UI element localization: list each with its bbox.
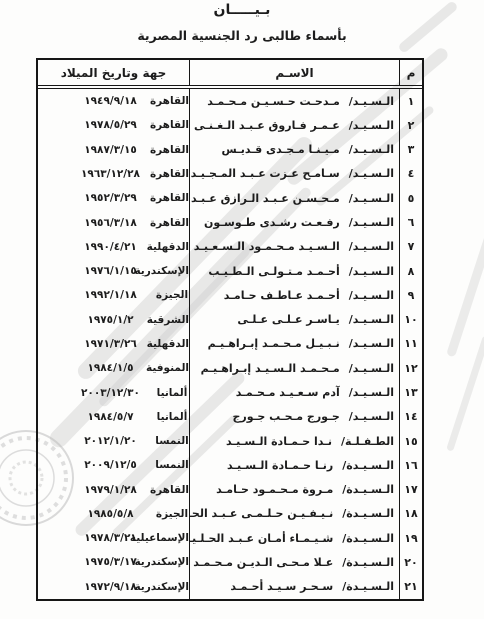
row-name-cell: الـسـيـدة/ سـحـر سـيـد أحـمـد bbox=[189, 575, 400, 599]
row-birth-cell: القاهرة ١٩٨٧/٣/١٥ bbox=[38, 138, 189, 162]
row-birth-cell: النمسا ٢٠٠٩/١٢/٥ bbox=[38, 453, 189, 477]
row-name-cell: الـسـيـد/ سـامـح عـزت عـبـد المـجـيـد bbox=[189, 162, 400, 186]
row-name-cell: الـسـيـد/ آدم سـعـيـد مـحـمـد bbox=[189, 380, 400, 404]
birth-place: ألمانيا bbox=[155, 387, 189, 399]
row-birth-cell: ألمانيا ٢٠٠٣/١٢/٣٠ bbox=[38, 380, 189, 404]
birth-place: ألمانيا bbox=[155, 411, 189, 423]
row-serial-number: ١٩ bbox=[400, 526, 422, 550]
person-name: مـحـسـن عـبـد الـرازق عـبـد الـلـه bbox=[189, 192, 340, 205]
honorific-label: الـسـيـد/ bbox=[349, 337, 394, 350]
calligraphy-watermark-stroke bbox=[446, 222, 484, 358]
honorific-label: الـسـيـد/ bbox=[349, 362, 394, 375]
birth-place: النمسا bbox=[155, 435, 189, 447]
person-name: مـيـنـا مـجـدى قـديـس bbox=[221, 143, 339, 156]
birth-place: القاهرة bbox=[155, 217, 189, 229]
row-serial-number: ٧ bbox=[400, 235, 422, 259]
person-name: عـلا مـحـى الـديـن مـحـمـد bbox=[193, 556, 333, 569]
row-serial-number: ١٥ bbox=[400, 429, 422, 453]
row-name-cell: الـسـيـد/ رفـعـت رشـدى طـوسـون bbox=[189, 210, 400, 234]
birth-date: ١٩٧٨/٥/٢٩ bbox=[42, 119, 155, 131]
birth-place: القاهرة bbox=[155, 484, 189, 496]
table-row: ٢١ الـسـيـدة/ سـحـر سـيـد أحـمـد الإسكند… bbox=[38, 575, 422, 599]
birth-place: القاهرة bbox=[155, 95, 189, 107]
column-header-serial: م bbox=[400, 60, 422, 85]
row-serial-number: ٩ bbox=[400, 283, 422, 307]
birth-place: المنوفية bbox=[155, 362, 189, 374]
row-serial-number: ٦ bbox=[400, 210, 422, 234]
row-name-cell: الـسـيـد/ أحـمـد عـاطـف حـامـد bbox=[189, 283, 400, 307]
table-body: ١ الـسـيـد/ مـدحـت حـسـيـن مـحـمـد القاه… bbox=[38, 89, 422, 599]
person-name: مـروة مـحـمـود حـامـد bbox=[216, 483, 333, 496]
table-row: ١ الـسـيـد/ مـدحـت حـسـيـن مـحـمـد القاه… bbox=[38, 89, 422, 113]
row-name-cell: الطـفـلـة/ نـدا حـمـادة الـسـيـد bbox=[189, 429, 400, 453]
person-name: أحـمـد مـتـولـى الـطـيـب bbox=[208, 265, 339, 278]
person-name: الـسـيـد مـحـمـود الـسـعـيـد bbox=[194, 240, 340, 253]
honorific-label: الـسـيـد/ bbox=[349, 119, 394, 132]
row-serial-number: ٥ bbox=[400, 186, 422, 210]
column-header-birth: جهة وتاريخ الميلاد bbox=[38, 60, 189, 85]
birth-date: ١٩٨٤/١/٥ bbox=[42, 362, 155, 374]
row-name-cell: الـسـيـد/ يـاسـر عـلـى عـلـى bbox=[189, 308, 400, 332]
table-row: ٤ الـسـيـد/ سـامـح عـزت عـبـد المـجـيـد … bbox=[38, 162, 422, 186]
row-serial-number: ١٣ bbox=[400, 380, 422, 404]
row-name-cell: الـسـيـد/ مـحـمـد الـسـيـد إبـراهـيـم bbox=[189, 356, 400, 380]
table-row: ٣ الـسـيـد/ مـيـنـا مـجـدى قـديـس القاهر… bbox=[38, 138, 422, 162]
person-name: سـحـر سـيـد أحـمـد bbox=[230, 580, 333, 593]
table-row: ١٦ الـسـيـدة/ رنـا حـمـادة الـسـيـد النم… bbox=[38, 453, 422, 477]
honorific-label: الـسـيـد/ bbox=[349, 240, 394, 253]
birth-place: الإسكندرية bbox=[155, 581, 189, 593]
row-birth-cell: القاهرة ١٩٤٩/٩/١٨ bbox=[38, 89, 189, 113]
row-birth-cell: القاهرة ١٩٧٨/٥/٢٩ bbox=[38, 113, 189, 137]
person-name: أحـمـد عـاطـف حـامـد bbox=[224, 289, 340, 302]
person-name: جـورج مـحـب جـورج bbox=[233, 410, 340, 423]
row-name-cell: الـسـيـد/ أحـمـد مـتـولـى الـطـيـب bbox=[189, 259, 400, 283]
honorific-label: الـسـيـد/ bbox=[349, 95, 394, 108]
table-row: ٧ الـسـيـد/ الـسـيـد مـحـمـود الـسـعـيـد… bbox=[38, 235, 422, 259]
applicants-table: م الاسـم جهة وتاريخ الميلاد ١ الـسـيـد/ … bbox=[36, 58, 424, 601]
honorific-label: الطـفـلـة/ bbox=[341, 435, 394, 448]
row-name-cell: الـسـيـدة/ عـلا مـحـى الـديـن مـحـمـد bbox=[189, 550, 400, 574]
birth-date: ١٩٧٩/١/٢٨ bbox=[42, 484, 155, 496]
birth-place: الجيزة bbox=[155, 508, 189, 520]
honorific-label: الـسـيـد/ bbox=[349, 410, 394, 423]
birth-date: ١٩٧٥/١/٢ bbox=[42, 314, 155, 326]
person-name: مـحـمـد الـسـيـد إبـراهـيـم bbox=[201, 362, 340, 375]
row-serial-number: ١٠ bbox=[400, 308, 422, 332]
table-header-row: م الاسـم جهة وتاريخ الميلاد bbox=[38, 60, 422, 89]
honorific-label: الـسـيـد/ bbox=[349, 386, 394, 399]
row-birth-cell: الإسكندرية ١٩٧٥/٣/١٧ bbox=[38, 550, 189, 574]
row-birth-cell: الإسكندرية ١٩٧٢/٩/١٨ bbox=[38, 575, 189, 599]
row-name-cell: الـسـيـد/ جـورج مـحـب جـورج bbox=[189, 405, 400, 429]
honorific-label: الـسـيـد/ bbox=[349, 143, 394, 156]
birth-place: القاهرة bbox=[155, 119, 189, 131]
birth-date: ٢٠٠٩/١٢/٥ bbox=[42, 459, 155, 471]
birth-date: ١٩٩٠/٤/٢١ bbox=[42, 241, 155, 253]
row-name-cell: الـسـيـدة/ مـروة مـحـمـود حـامـد bbox=[189, 478, 400, 502]
document-page: بـيـــــان بأسماء طالبى رد الجنسية المصر… bbox=[0, 0, 484, 619]
birth-date: ١٩٥٢/٣/٢٩ bbox=[42, 192, 155, 204]
row-serial-number: ١٢ bbox=[400, 356, 422, 380]
birth-date: ١٩٨٤/٥/٧ bbox=[42, 411, 155, 423]
row-birth-cell: الدقهلية ١٩٧١/٣/٢٦ bbox=[38, 332, 189, 356]
row-name-cell: الـسـيـد/ الـسـيـد مـحـمـود الـسـعـيـد bbox=[189, 235, 400, 259]
page-subtitle: بأسماء طالبى رد الجنسية المصرية bbox=[0, 28, 484, 43]
calligraphy-watermark-stroke bbox=[446, 335, 484, 451]
row-serial-number: ٨ bbox=[400, 259, 422, 283]
table-row: ١٠ الـسـيـد/ يـاسـر عـلـى عـلـى الشرقية … bbox=[38, 308, 422, 332]
birth-place: الدقهلية bbox=[155, 338, 189, 350]
person-name: شـيـمـاء أمـان عـبـد الحـلـيـم bbox=[189, 532, 333, 545]
row-birth-cell: الجيزة ١٩٨٥/٥/٨ bbox=[38, 502, 189, 526]
table-row: ١٤ الـسـيـد/ جـورج مـحـب جـورج ألمانيا ١… bbox=[38, 405, 422, 429]
row-birth-cell: الإسكندرية ١٩٧٦/١/١٥ bbox=[38, 259, 189, 283]
table-row: ١٣ الـسـيـد/ آدم سـعـيـد مـحـمـد ألمانيا… bbox=[38, 380, 422, 404]
birth-date: ١٩٨٧/٣/١٥ bbox=[42, 144, 155, 156]
honorific-label: الـسـيـد/ bbox=[349, 313, 394, 326]
row-name-cell: الـسـيـد/ عـمـر فـاروق عـبـد الـغـنـى bbox=[189, 113, 400, 137]
birth-place: القاهرة bbox=[155, 144, 189, 156]
table-row: ١٥ الطـفـلـة/ نـدا حـمـادة الـسـيـد النم… bbox=[38, 429, 422, 453]
row-name-cell: الـسـيـدة/ رنـا حـمـادة الـسـيـد bbox=[189, 453, 400, 477]
honorific-label: الـسـيـد/ bbox=[349, 289, 394, 302]
birth-place: القاهرة bbox=[155, 192, 189, 204]
row-birth-cell: القاهرة ١٩٥٦/٣/١٨ bbox=[38, 210, 189, 234]
row-birth-cell: الدقهلية ١٩٩٠/٤/٢١ bbox=[38, 235, 189, 259]
birth-date: ١٩٤٩/٩/١٨ bbox=[42, 95, 155, 107]
row-birth-cell: النمسا ٢٠١٢/١/٢٠ bbox=[38, 429, 189, 453]
honorific-label: الـسـيـدة/ bbox=[342, 532, 394, 545]
page-title: بـيـــــان bbox=[0, 2, 484, 18]
table-row: ١٨ الـسـيـدة/ نـيـفـيـن حـلـمـى عـبـد ال… bbox=[38, 502, 422, 526]
birth-place: الشرقية bbox=[155, 314, 189, 326]
row-birth-cell: الشرقية ١٩٧٥/١/٢ bbox=[38, 308, 189, 332]
person-name: عـمـر فـاروق عـبـد الـغـنـى bbox=[194, 119, 340, 132]
row-birth-cell: القاهرة ١٩٧٩/١/٢٨ bbox=[38, 478, 189, 502]
row-birth-cell: الإسماعيلية ١٩٧٨/٣/٢١ bbox=[38, 526, 189, 550]
row-name-cell: الـسـيـد/ نـبـيـل مـحـمـد إبـراهـيـم bbox=[189, 332, 400, 356]
row-serial-number: ٢٠ bbox=[400, 550, 422, 574]
row-birth-cell: المنوفية ١٩٨٤/١/٥ bbox=[38, 356, 189, 380]
table-row: ١١ الـسـيـد/ نـبـيـل مـحـمـد إبـراهـيـم … bbox=[38, 332, 422, 356]
person-name: آدم سـعـيـد مـحـمـد bbox=[236, 386, 340, 399]
person-name: مـدحـت حـسـيـن مـحـمـد bbox=[207, 95, 339, 108]
row-name-cell: الـسـيـد/ مـدحـت حـسـيـن مـحـمـد bbox=[189, 89, 400, 113]
honorific-label: الـسـيـدة/ bbox=[342, 459, 394, 472]
row-serial-number: ١٨ bbox=[400, 502, 422, 526]
honorific-label: الـسـيـد/ bbox=[349, 265, 394, 278]
person-name: سـامـح عـزت عـبـد المـجـيـد bbox=[191, 167, 340, 180]
birth-date: ١٩٧٨/٣/٢١ bbox=[42, 532, 155, 544]
row-serial-number: ١٤ bbox=[400, 405, 422, 429]
row-name-cell: الـسـيـدة/ نـيـفـيـن حـلـمـى عـبـد الحـم… bbox=[189, 502, 400, 526]
birth-date: ١٩٨٥/٥/٨ bbox=[42, 508, 155, 520]
row-serial-number: ٢١ bbox=[400, 575, 422, 599]
birth-date: ١٩٥٦/٣/١٨ bbox=[42, 217, 155, 229]
table-row: ١٧ الـسـيـدة/ مـروة مـحـمـود حـامـد القا… bbox=[38, 478, 422, 502]
birth-place: الإسكندرية bbox=[155, 265, 189, 277]
column-header-name: الاسـم bbox=[189, 60, 400, 85]
birth-date: ١٩٦٣/١٢/٢٨ bbox=[42, 168, 155, 180]
row-serial-number: ١١ bbox=[400, 332, 422, 356]
person-name: نـيـفـيـن حـلـمـى عـبـد الحـمـيـد bbox=[189, 507, 333, 520]
table-row: ٥ الـسـيـد/ مـحـسـن عـبـد الـرازق عـبـد … bbox=[38, 186, 422, 210]
table-row: ٨ الـسـيـد/ أحـمـد مـتـولـى الـطـيـب الإ… bbox=[38, 259, 422, 283]
row-birth-cell: القاهرة ١٩٦٣/١٢/٢٨ bbox=[38, 162, 189, 186]
birth-place: القاهرة bbox=[155, 168, 189, 180]
person-name: يـاسـر عـلـى عـلـى bbox=[237, 313, 339, 326]
row-serial-number: ٢ bbox=[400, 113, 422, 137]
birth-date: ١٩٩٢/١/١٨ bbox=[42, 289, 155, 301]
honorific-label: الـسـيـدة/ bbox=[342, 580, 394, 593]
birth-place: الجيزة bbox=[155, 289, 189, 301]
table-row: ٢ الـسـيـد/ عـمـر فـاروق عـبـد الـغـنـى … bbox=[38, 113, 422, 137]
table-row: ٩ الـسـيـد/ أحـمـد عـاطـف حـامـد الجيزة … bbox=[38, 283, 422, 307]
honorific-label: الـسـيـد/ bbox=[349, 167, 394, 180]
honorific-label: الـسـيـد/ bbox=[349, 216, 394, 229]
birth-date: ١٩٧٥/٣/١٧ bbox=[42, 556, 155, 568]
table-row: ١٢ الـسـيـد/ مـحـمـد الـسـيـد إبـراهـيـم… bbox=[38, 356, 422, 380]
honorific-label: الـسـيـدة/ bbox=[342, 556, 394, 569]
row-name-cell: الـسـيـد/ مـحـسـن عـبـد الـرازق عـبـد ال… bbox=[189, 186, 400, 210]
honorific-label: الـسـيـدة/ bbox=[342, 507, 394, 520]
birth-date: ١٩٧٦/١/١٥ bbox=[42, 265, 155, 277]
table-row: ٢٠ الـسـيـدة/ عـلا مـحـى الـديـن مـحـمـد… bbox=[38, 550, 422, 574]
row-name-cell: الـسـيـدة/ شـيـمـاء أمـان عـبـد الحـلـيـ… bbox=[189, 526, 400, 550]
row-serial-number: ٣ bbox=[400, 138, 422, 162]
person-name: رفـعـت رشـدى طـوسـون bbox=[204, 216, 340, 229]
birth-place: الإسكندرية bbox=[155, 556, 189, 568]
person-name: رنـا حـمـادة الـسـيـد bbox=[227, 459, 333, 472]
birth-place: الإسماعيلية bbox=[155, 532, 189, 544]
birth-date: ١٩٧١/٣/٢٦ bbox=[42, 338, 155, 350]
row-serial-number: ١ bbox=[400, 89, 422, 113]
birth-date: ٢٠١٢/١/٢٠ bbox=[42, 435, 155, 447]
row-birth-cell: القاهرة ١٩٥٢/٣/٢٩ bbox=[38, 186, 189, 210]
honorific-label: الـسـيـدة/ bbox=[342, 483, 394, 496]
row-serial-number: ١٦ bbox=[400, 453, 422, 477]
table-row: ١٩ الـسـيـدة/ شـيـمـاء أمـان عـبـد الحـل… bbox=[38, 526, 422, 550]
row-name-cell: الـسـيـد/ مـيـنـا مـجـدى قـديـس bbox=[189, 138, 400, 162]
honorific-label: الـسـيـد/ bbox=[349, 192, 394, 205]
row-birth-cell: الجيزة ١٩٩٢/١/١٨ bbox=[38, 283, 189, 307]
birth-place: الدقهلية bbox=[155, 241, 189, 253]
birth-date: ١٩٧٢/٩/١٨ bbox=[42, 581, 155, 593]
person-name: نـبـيـل مـحـمـد إبـراهـيـم bbox=[208, 337, 340, 350]
row-serial-number: ٤ bbox=[400, 162, 422, 186]
row-birth-cell: ألمانيا ١٩٨٤/٥/٧ bbox=[38, 405, 189, 429]
birth-date: ٢٠٠٣/١٢/٣٠ bbox=[42, 387, 155, 399]
birth-place: النمسا bbox=[155, 459, 189, 471]
table-row: ٦ الـسـيـد/ رفـعـت رشـدى طـوسـون القاهرة… bbox=[38, 210, 422, 234]
row-serial-number: ١٧ bbox=[400, 478, 422, 502]
person-name: نـدا حـمـادة الـسـيـد bbox=[226, 435, 332, 448]
